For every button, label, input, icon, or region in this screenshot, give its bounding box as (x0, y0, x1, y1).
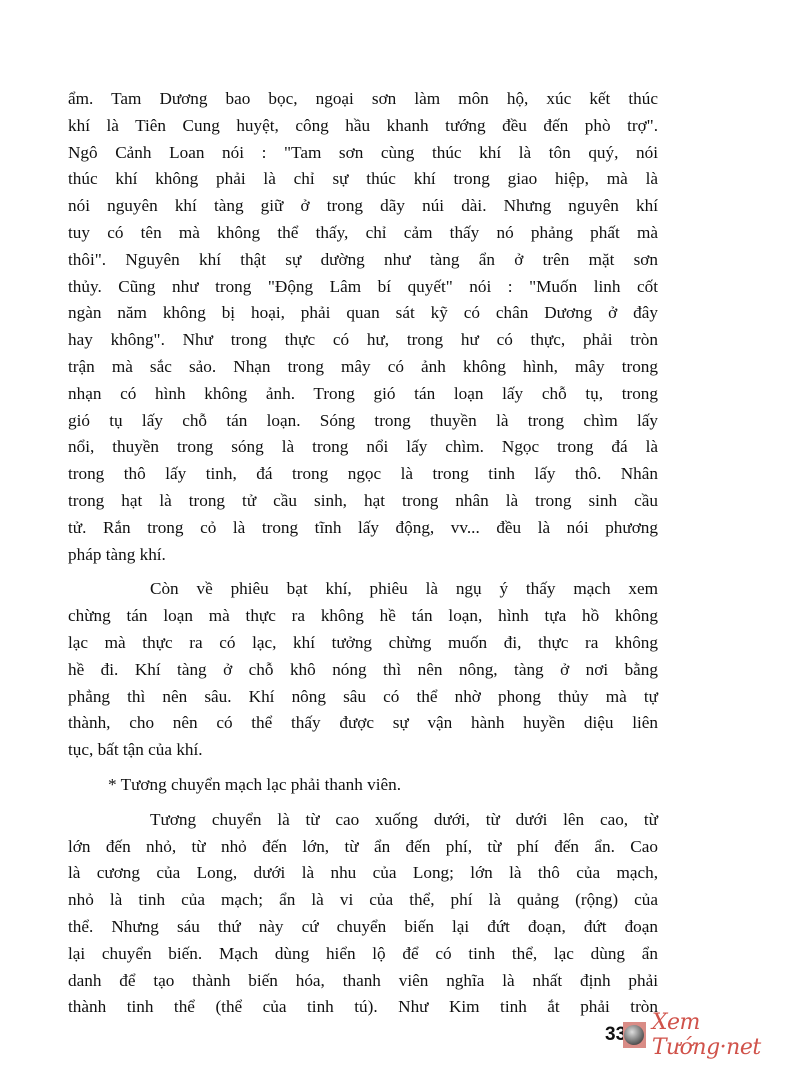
page-footer: 339 Xem Tướng·net (605, 1020, 797, 1050)
text-line: tục, bất tận của khí. (68, 737, 658, 764)
text-line: thủy. Cũng như trong "Động Lâm bí quyết"… (68, 274, 658, 301)
document-page: ẩm. Tam Dương bao bọc, ngoại sơn làm môn… (68, 86, 658, 1021)
text-line: tử. Rắn trong cỏ là trong tĩnh lấy động,… (68, 515, 658, 542)
yin-yang-logo-icon (623, 1022, 646, 1048)
text-line: thôi". Nguyên khí thật sự dường như tàng… (68, 247, 658, 274)
text-line: khí là Tiên Cung huyệt, công hầu khanh t… (68, 113, 658, 140)
text-line: là cương của Long, dưới là nhu của Long;… (68, 860, 658, 887)
text-line: hay không". Như trong thực có hư, trong … (68, 327, 658, 354)
text-line: Tương chuyển là từ cao xuống dưới, từ dư… (68, 807, 658, 834)
text-line: Ngô Cảnh Loan nói : "Tam sơn cùng thúc k… (68, 140, 658, 167)
text-line: lại chuyển biến. Mạch dùng hiển lộ để có… (68, 941, 658, 968)
text-line: phẳng thì nên sâu. Khí nông sâu có thể n… (68, 684, 658, 711)
text-line: trận mà sắc sảo. Nhạn trong mây có ảnh k… (68, 354, 658, 381)
text-line: pháp tàng khí. (68, 542, 658, 569)
text-line: ngàn năm không bị hoại, phải quan sát kỹ… (68, 300, 658, 327)
text-line: thúc khí không phải là chỉ sự thúc khí t… (68, 166, 658, 193)
paragraph-1: ẩm. Tam Dương bao bọc, ngoại sơn làm môn… (68, 86, 658, 568)
text-line: lớn đến nhỏ, từ nhỏ đến lớn, từ ẩn đến p… (68, 834, 658, 861)
text-line: tuy có tên mà không thể thấy, chỉ cảm th… (68, 220, 658, 247)
text-line: Còn về phiêu bạt khí, phiêu là ngụ ý thấ… (68, 576, 658, 603)
text-line: ẩm. Tam Dương bao bọc, ngoại sơn làm môn… (68, 86, 658, 113)
paragraph-2: Còn về phiêu bạt khí, phiêu là ngụ ý thấ… (68, 576, 658, 764)
paragraph-3: Tương chuyển là từ cao xuống dưới, từ dư… (68, 807, 658, 1021)
text-line: thành, cho nên có thể thấy được sự vận h… (68, 710, 658, 737)
text-line: lạc mà thực ra có lạc, khí tưởng chừng m… (68, 630, 658, 657)
section-heading-bullet: * Tương chuyển mạch lạc phải thanh viên. (68, 772, 658, 799)
text-line: nhạn có hình không ảnh. Trong gió tán lo… (68, 381, 658, 408)
text-line: thể. Nhưng sáu thứ này cứ chuyển biến lạ… (68, 914, 658, 941)
text-line: trong hạt là trong tử cầu sinh, hạt tron… (68, 488, 658, 515)
text-line: danh để tạo thành biến hóa, thanh viên n… (68, 968, 658, 995)
text-line: chừng tán loạn mà thực ra không hề tán l… (68, 603, 658, 630)
text-line: nói nguyên khí tàng giữ ở trong dãy núi … (68, 193, 658, 220)
text-line: thành tinh thể (thể của tinh tú). Như Ki… (68, 994, 658, 1021)
text-line: gió tụ lấy chỗ tán loạn. Sóng trong thuy… (68, 408, 658, 435)
text-line: trong thô lấy tinh, đá trong ngọc là tro… (68, 461, 658, 488)
text-line: hề đi. Khí tàng ở chỗ khô nóng thì nên n… (68, 657, 658, 684)
watermark-brand: Xem Tướng·net (652, 1010, 797, 1060)
text-line: nổi, thuyền trong sóng là trong nổi lấy … (68, 434, 658, 461)
text-line: nhỏ là tinh của mạch; ẩn là vi của thể, … (68, 887, 658, 914)
